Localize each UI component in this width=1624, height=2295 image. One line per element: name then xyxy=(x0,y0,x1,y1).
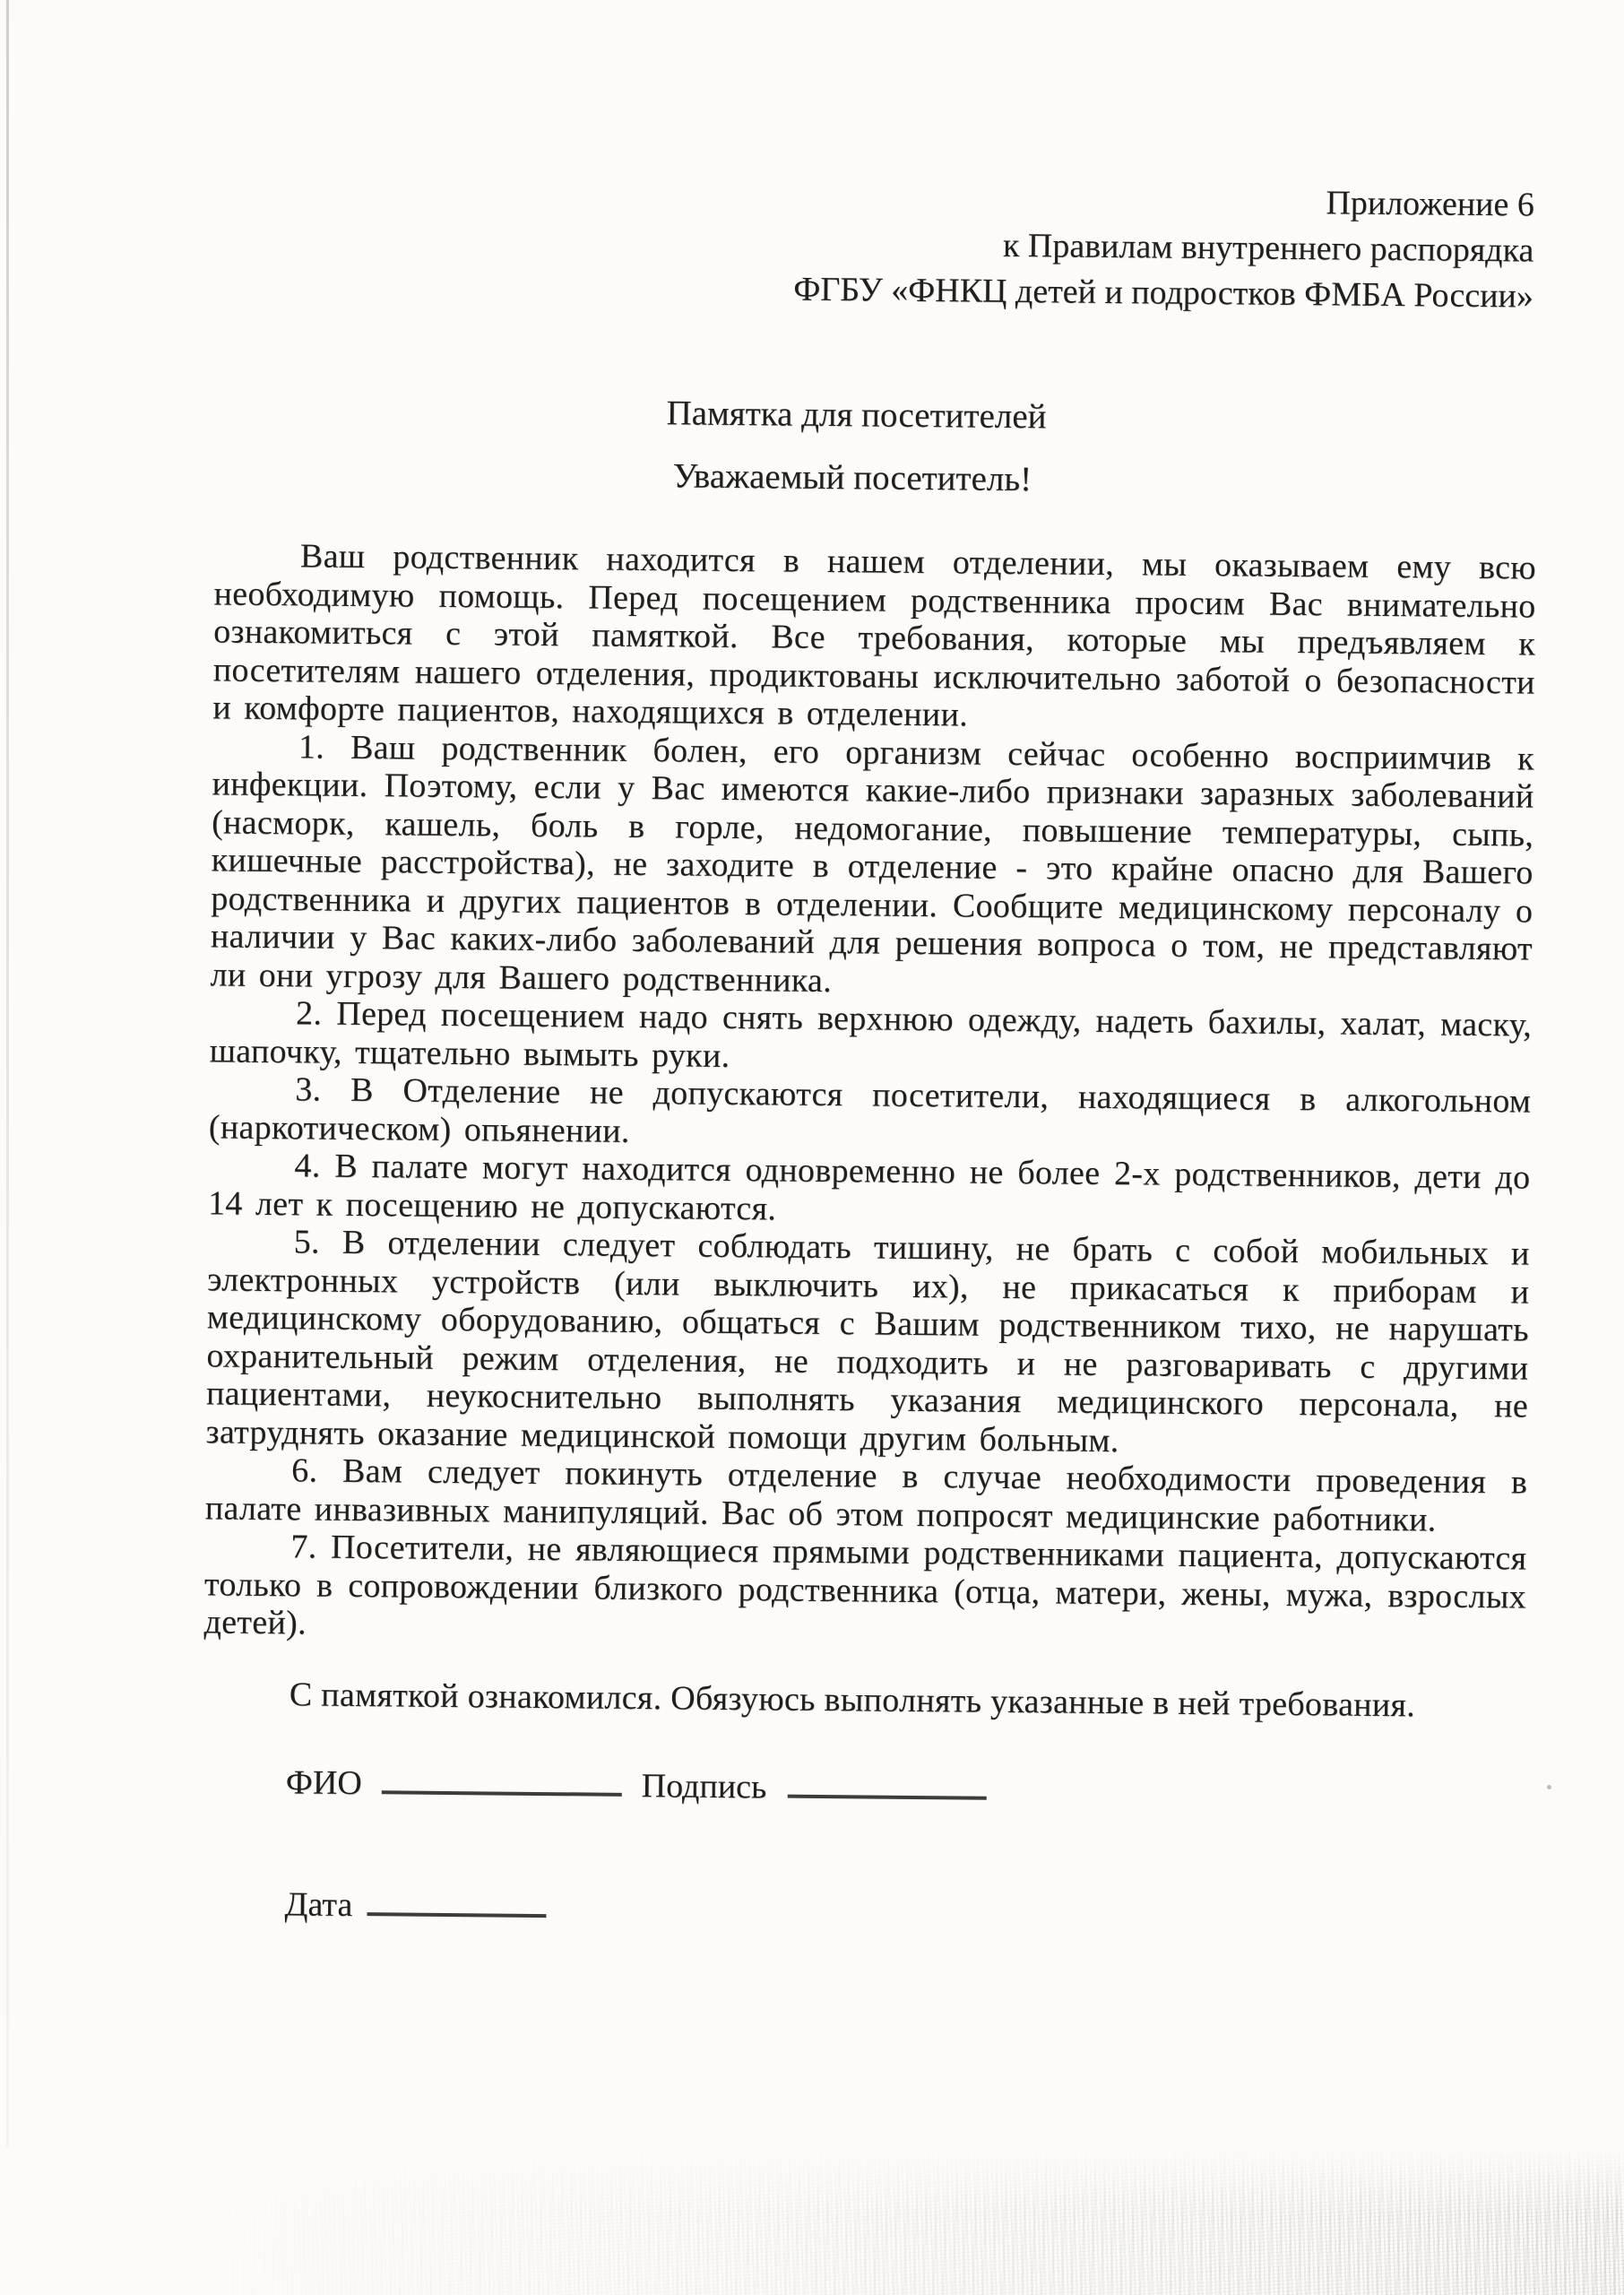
paragraph-item-6: 6. Вам следует покинуть отделение в случ… xyxy=(205,1451,1528,1539)
paragraph-item-1: 1. Ваш родственник болен, его организм с… xyxy=(210,727,1534,1007)
signature-blank-line xyxy=(788,1762,987,1799)
acknowledgement-line: С памяткой ознакомился. Обязуюсь выполня… xyxy=(203,1674,1525,1726)
document-body: Ваш родственник находится в нашем отделе… xyxy=(203,536,1536,1654)
salutation-line: Уважаемый посетитель! xyxy=(0,450,1620,505)
date-blank-line xyxy=(367,1880,546,1918)
scan-noise-artifact xyxy=(0,2147,1624,2295)
document-header: Приложение 6 к Правилам внутреннего расп… xyxy=(0,0,1624,320)
paragraph-item-5: 5. В отделении следует соблюдать тишину,… xyxy=(205,1222,1529,1463)
paragraph-item-4: 4. В палате могут находится одновременно… xyxy=(208,1146,1531,1234)
fio-blank-line xyxy=(382,1758,622,1797)
signature-label: Подпись xyxy=(642,1767,767,1806)
paragraph-item-3: 3. В Отделение не допускаются посетители… xyxy=(209,1070,1532,1158)
date-label: Дата xyxy=(284,1885,352,1924)
paragraph-item-7: 7. Посетители, не являющиеся прямыми род… xyxy=(203,1527,1526,1654)
scanned-document-page: Приложение 6 к Правилам внутреннего расп… xyxy=(0,0,1624,2295)
fio-signature-row: ФИОПодпись xyxy=(286,1757,1607,1814)
scan-speck-artifact xyxy=(1547,1785,1551,1789)
date-row: Дата xyxy=(284,1879,1605,1936)
document-content: Приложение 6 к Правилам внутреннего расп… xyxy=(0,0,1624,1936)
fio-label: ФИО xyxy=(286,1763,362,1802)
paragraph-item-2: 2. Перед посещением надо снять верхнюю о… xyxy=(210,993,1533,1082)
document-title: Памятка для посетителей xyxy=(0,387,1620,442)
paragraph-intro: Ваш родственник находится в нашем отделе… xyxy=(212,536,1536,740)
